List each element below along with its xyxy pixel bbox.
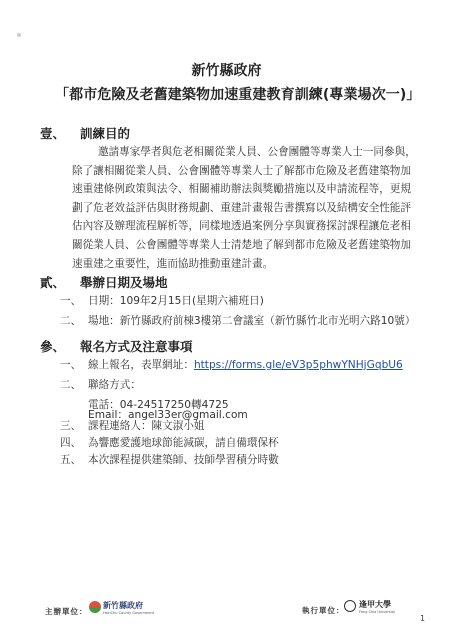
registration-form-link[interactable]: https://forms.gle/eV3p5phwYNHjGqbU6 [194, 359, 403, 371]
executor-name: 逢甲大學 [359, 599, 391, 610]
executor-label: 執行單位： [302, 605, 345, 616]
paragraph-line: 速重建之重要性，進而協助推動重建計畫。 [72, 255, 402, 274]
paragraph-line: 除了讓相關從業人員、公會團體等專業人士了解都市危險及老舊建築物加 [72, 162, 402, 181]
page-number: 1 [420, 614, 425, 623]
section-title: 舉辦日期及場地 [80, 275, 168, 290]
fcu-logo-icon [344, 600, 356, 612]
section-heading-purpose: 壹、訓練目的 [40, 124, 130, 142]
section-number: 壹、 [40, 124, 80, 142]
executor-name-en: Feng Chia University [359, 610, 395, 614]
section-heading-registration: 參、報名方式及注意事項 [40, 337, 193, 355]
paragraph-line: 速重建條例政策與法令、相關補助辦法與獎勵措施以及申請流程等，更規 [72, 180, 402, 199]
course-contact-item: 三、課程連絡人：陳文淑小姐 [60, 418, 205, 433]
paragraph-line: 劃了危老效益評估與財務規劃、重建計畫報告書撰寫以及結構安全性能評 [72, 199, 402, 218]
date-item: 一、日期：109年2月15日(星期六補班日) [60, 293, 264, 308]
organization-title: 新竹縣政府 [0, 60, 453, 80]
organizer-label: 主辦單位： [45, 606, 88, 617]
credits-item: 五、本次課程提供建築師、技師學習積分時數 [60, 452, 279, 467]
purpose-paragraph: 邀請專家學者與危老相關從業人員、公會團體等專業人士一同參與， 除了讓相關從業人員… [72, 143, 402, 273]
section-heading-date-venue: 貳、舉辦日期及場地 [40, 273, 168, 291]
paragraph-line: 估內容及辦理流程解析等，同樣地透過案例分享與實務探討課程讓危老相 [72, 217, 402, 236]
hsinchu-county-logo-icon [89, 601, 101, 613]
contact-item: 二、聯絡方式： [60, 377, 141, 392]
section-number: 貳、 [40, 273, 80, 291]
venue-item: 二、場地：新竹縣政府前棟3樓第二會議室（新竹縣竹北市光明六路10號） [60, 313, 415, 328]
registration-item: 一、線上報名，表單網址：https://forms.gle/eV3p5phwYN… [60, 357, 403, 372]
section-title: 訓練目的 [80, 126, 130, 141]
scan-mark [17, 33, 21, 37]
section-title: 報名方式及注意事項 [80, 339, 193, 354]
organizer-name-en: HsinChu County Government [103, 611, 154, 615]
paragraph-line: 邀請專家學者與危老相關從業人員、公會團體等專業人士一同參與， [72, 143, 402, 162]
section-number: 參、 [40, 337, 80, 355]
eco-cup-item: 四、為響應愛護地球節能減碳，請自備環保杯 [60, 435, 279, 450]
event-title: 「都市危險及老舊建築物加速重建教育訓練(專業場次一)」 [55, 84, 421, 104]
organizer-name: 新竹縣政府 [103, 600, 143, 611]
paragraph-line: 關從業人員、公會團體等專業人士清楚地了解到都市危險及老舊建築物加 [72, 236, 402, 255]
